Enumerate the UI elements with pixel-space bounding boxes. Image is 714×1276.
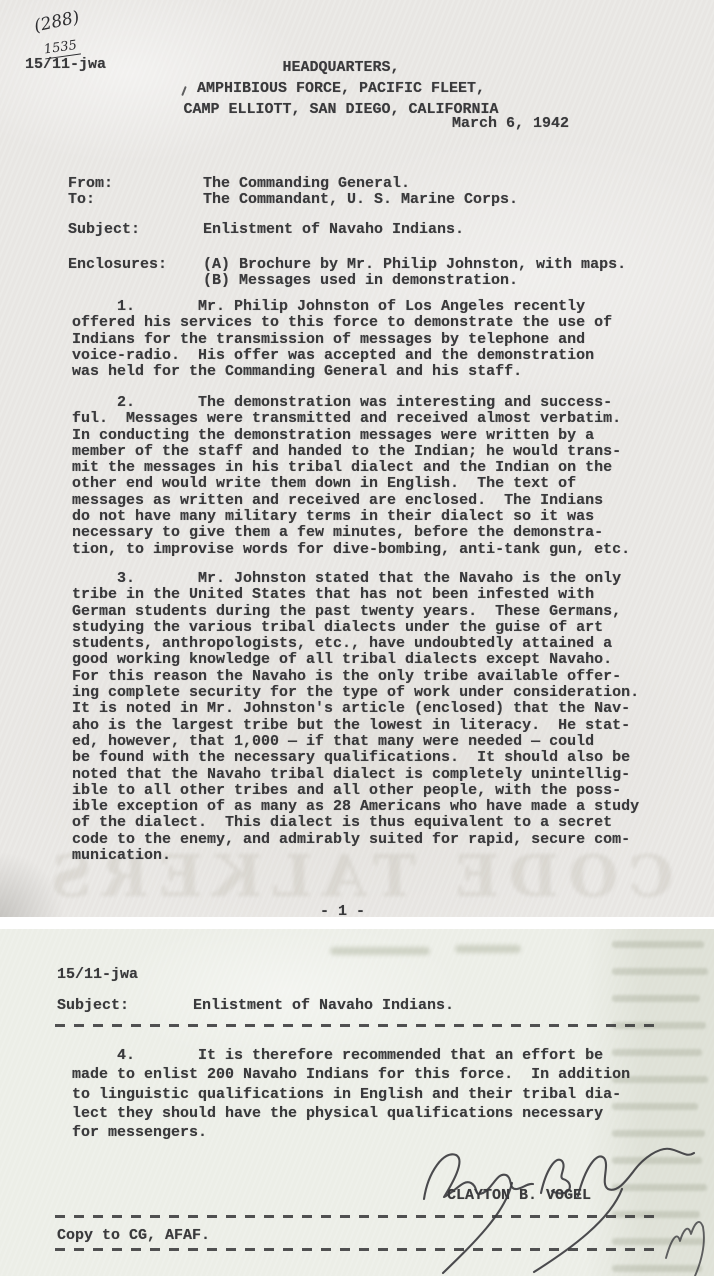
enclosure-b: (B) Messages used in demonstration. xyxy=(203,273,518,289)
copy-to-line: Copy to CG, AFAF. xyxy=(57,1228,210,1244)
letterhead-line-1: HEADQUARTERS, xyxy=(30,57,652,78)
scanned-letter: CODE TALKERS (288) 1535 15/11-jwa HEADQU… xyxy=(0,0,714,1276)
paragraph-1: 1. Mr. Philip Johnston of Los Angeles re… xyxy=(72,299,612,380)
typed-dashed-rule xyxy=(55,1024,655,1027)
letterhead-line-2: AMPHIBIOUS FORCE, PACIFIC FLEET, xyxy=(30,78,652,99)
to-label: To: xyxy=(68,192,95,208)
page-separator xyxy=(0,917,714,929)
page-1: CODE TALKERS (288) 1535 15/11-jwa HEADQU… xyxy=(0,0,714,917)
date: March 6, 1942 xyxy=(452,116,569,132)
paragraph-4: 4. It is therefore recommended that an e… xyxy=(72,1046,630,1142)
paragraph-3: 3. Mr. Johnston stated that the Navaho i… xyxy=(72,571,639,864)
to-value: The Commandant, U. S. Marine Corps. xyxy=(203,192,518,208)
enclosures-label: Enclosures: xyxy=(68,257,167,273)
paragraph-2: 2. The demonstration was interesting and… xyxy=(72,395,630,558)
subject-value: Enlistment of Navaho Indians. xyxy=(203,222,464,238)
enclosure-a: (A) Brochure by Mr. Philip Johnston, wit… xyxy=(203,257,626,273)
page-number: - 1 - xyxy=(320,904,365,917)
reference-number-page2: 15/11-jwa xyxy=(57,967,138,983)
from-value: The Commanding General. xyxy=(203,176,410,192)
bleed-through-smudge xyxy=(330,947,430,955)
letterhead: HEADQUARTERS, AMPHIBIOUS FORCE, PACIFIC … xyxy=(30,57,652,120)
handwritten-annotation-top: (288) xyxy=(32,7,81,36)
subject-label: Subject: xyxy=(68,222,140,238)
page-2: 15/11-jwa Subject: Enlistment of Navaho … xyxy=(0,929,714,1276)
bleed-through-smudge xyxy=(455,945,521,953)
subject-value-page2: Enlistment of Navaho Indians. xyxy=(193,998,454,1014)
handwritten-initials xyxy=(655,1205,714,1276)
subject-label-page2: Subject: xyxy=(57,998,129,1014)
from-label: From: xyxy=(68,176,113,192)
